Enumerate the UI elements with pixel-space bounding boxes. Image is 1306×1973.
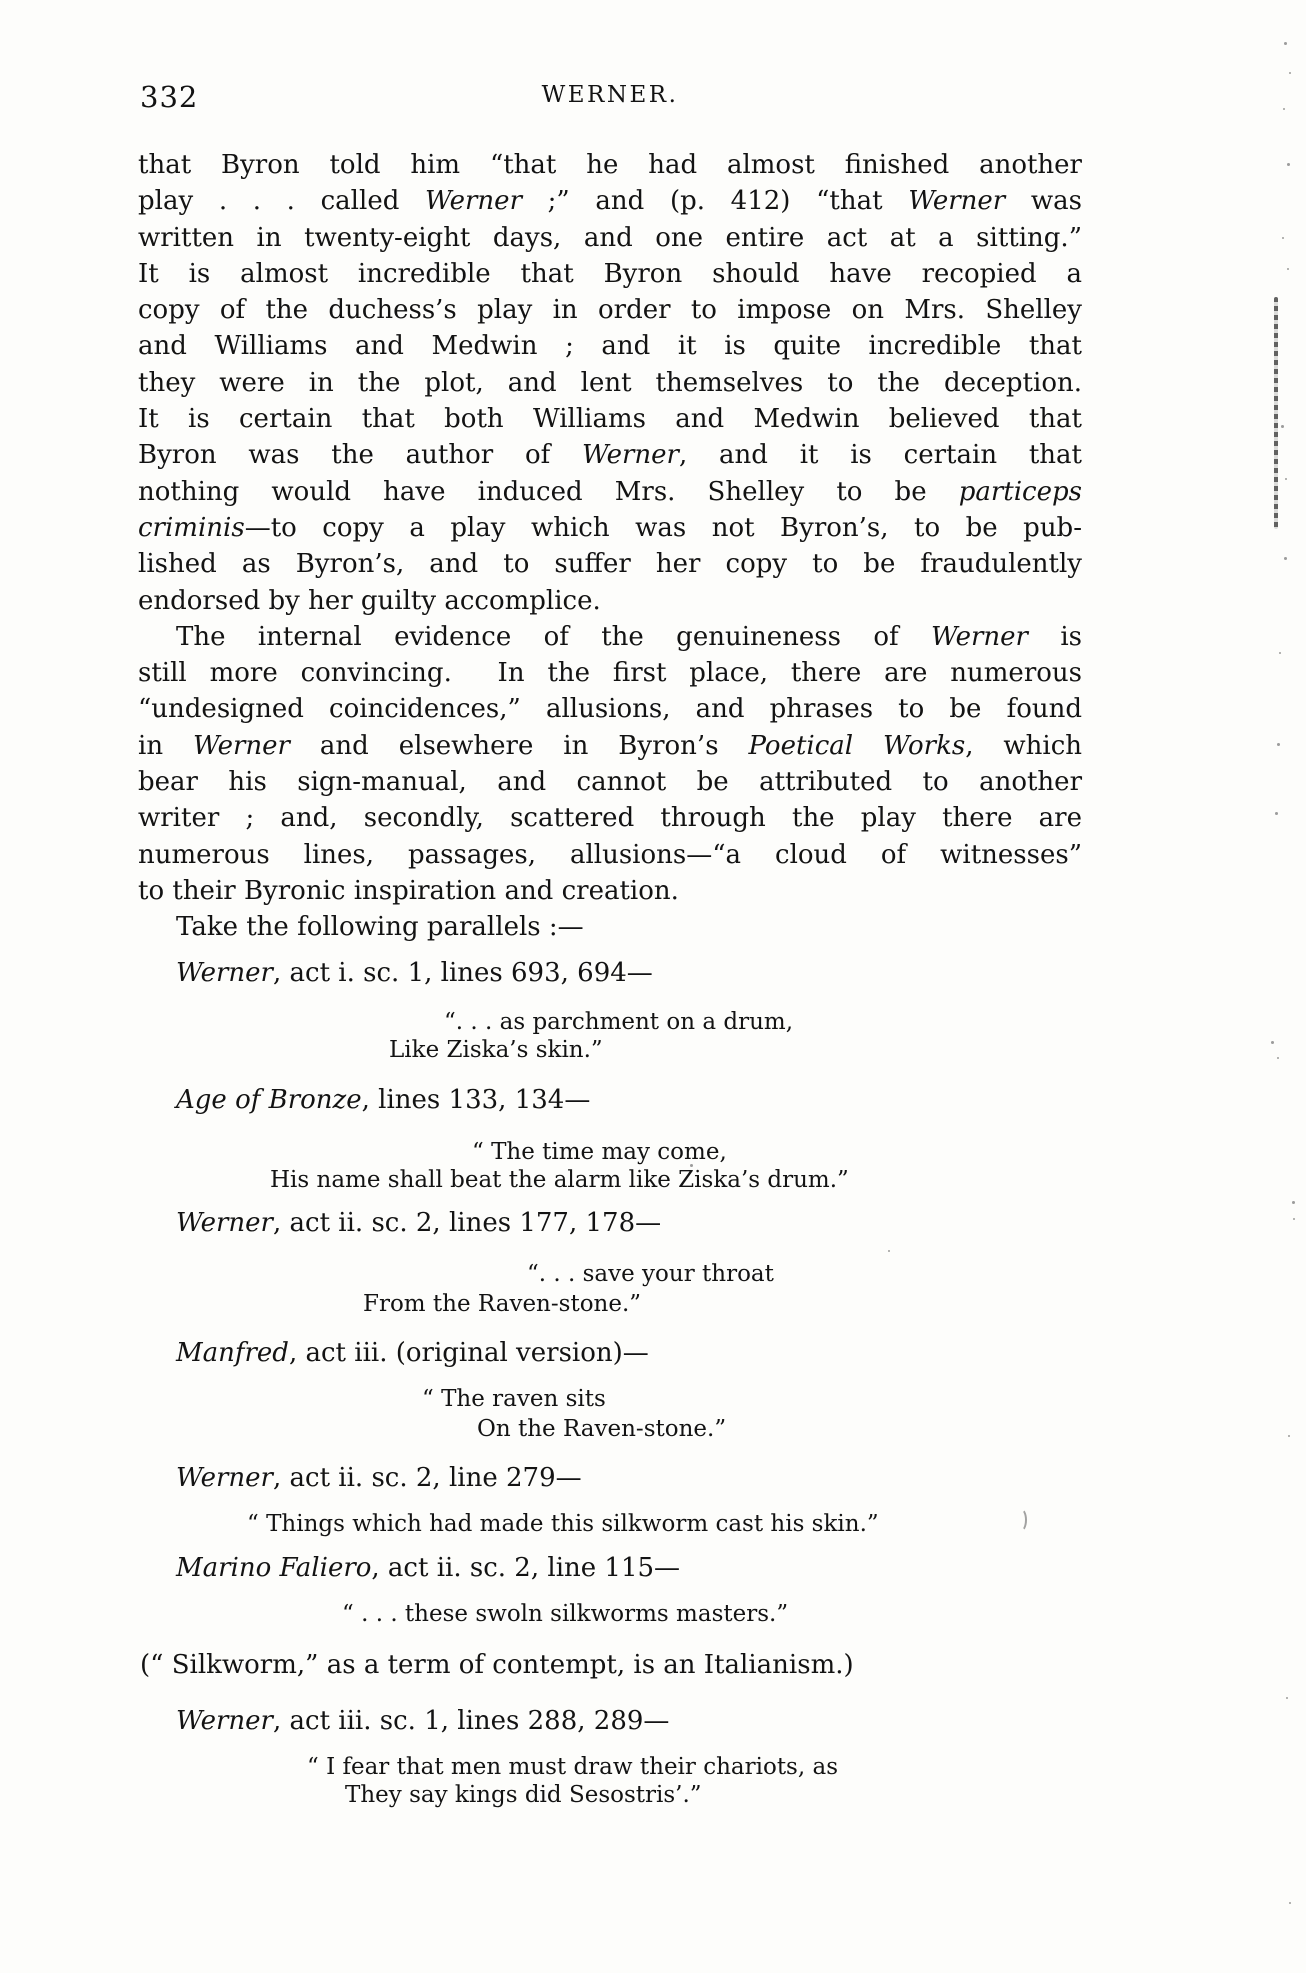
book-page: 332 WERNER. that Byron told him “that he… bbox=[0, 0, 1306, 1973]
parallels-section: Werner, act i. sc. 1, lines 693, 694—“. … bbox=[0, 0, 1306, 1973]
parallel-heading: Age of Bronze, lines 133, 134— bbox=[176, 1083, 590, 1117]
parallel-heading: Werner, act ii. sc. 2, line 279— bbox=[176, 1461, 582, 1495]
quote-line: Like Ziska’s skin.” bbox=[389, 1036, 603, 1064]
quote-line: “ Things which had made this silkworm ca… bbox=[247, 1510, 879, 1538]
note-line: (“ Silkworm,” as a term of contempt, is … bbox=[140, 1648, 854, 1682]
parallel-heading: Werner, act ii. sc. 2, lines 177, 178— bbox=[176, 1206, 661, 1240]
quote-line: “. . . save your throat bbox=[527, 1260, 774, 1288]
quote-line: “ The raven sits bbox=[422, 1385, 606, 1413]
quote-line: “ I fear that men must draw their chario… bbox=[307, 1753, 838, 1781]
parallel-heading: Werner, act i. sc. 1, lines 693, 694— bbox=[176, 956, 653, 990]
quote-line: “. . . as parchment on a drum, bbox=[444, 1008, 793, 1036]
quote-line: They say kings did Sesostris’.” bbox=[345, 1781, 702, 1809]
parallel-heading: Marino Faliero, act ii. sc. 2, line 115— bbox=[176, 1551, 680, 1585]
quote-line: “ . . . these swoln silkworms masters.” bbox=[342, 1600, 788, 1628]
parallel-heading: Manfred, act iii. (original version)— bbox=[176, 1336, 649, 1370]
quote-line: On the Raven-stone.” bbox=[477, 1415, 726, 1443]
quote-line: From the Raven-stone.” bbox=[363, 1290, 641, 1318]
quote-line: “ The time may come, bbox=[472, 1138, 727, 1166]
parallel-heading: Werner, act iii. sc. 1, lines 288, 289— bbox=[176, 1704, 669, 1738]
quote-line: His name shall beat the alarm like Ziska… bbox=[270, 1166, 849, 1194]
